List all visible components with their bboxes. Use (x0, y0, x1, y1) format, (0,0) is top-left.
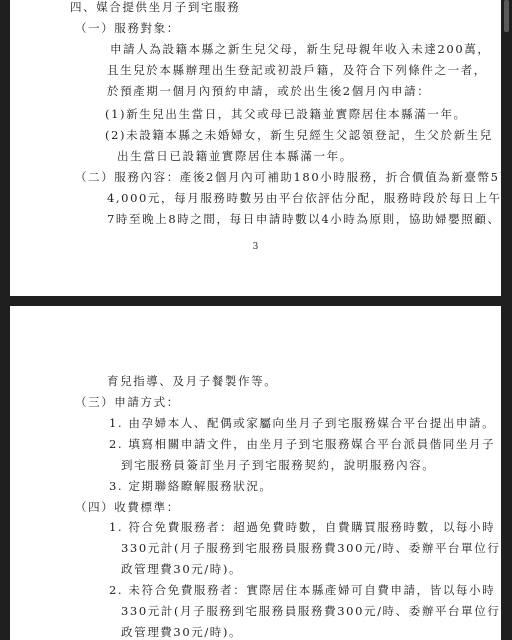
document-page-4: 育兒指導、及月子餐製作等。 （三）申請方式： 1. 由孕婦本人、配偶或家屬向坐月… (10, 306, 501, 640)
document-viewer: 四、媒合提供坐月子到宅服務 （一）服務對象： 申請人為設籍本縣之新生兒父母，新生… (0, 0, 512, 640)
list-item: 2. 未符合免費服務者：實際居住本縣產婦可自費申請，皆以每小時 (109, 583, 495, 597)
subsection-heading: （二）服務內容：產後2個月內可補助180小時服務，折合價值為新臺幣5萬 (75, 170, 512, 184)
paragraph-line: 7時至晚上8時之間，每日申請時數以4小時為原則，協助婦嬰照顧、 (107, 212, 501, 226)
section-heading: 四、媒合提供坐月子到宅服務 (70, 0, 240, 14)
paragraph-line: 4,000元，每月服務時數另由平台依評估分配，服務時段於每日上午 (107, 191, 502, 205)
paragraph-line: 申請人為設籍本縣之新生兒父母，新生兒母親年收入未達200萬， (110, 42, 490, 56)
document-page-3: 四、媒合提供坐月子到宅服務 （一）服務對象： 申請人為設籍本縣之新生兒父母，新生… (10, 0, 501, 296)
list-item-continuation: 政管理費30元/時)。 (121, 625, 242, 639)
list-item-continuation: 到宅服務員簽訂坐月子到宅服務契約，說明服務內容。 (121, 458, 435, 472)
scrollbar-thumb[interactable] (504, 0, 509, 32)
subsection-heading: （三）申請方式： (75, 395, 180, 409)
list-item-continuation: 330元計(月子服務到宅服務員服務費300元/時、委辦平台單位行 (121, 604, 500, 618)
list-item-continuation: 330元計(月子服務到宅服務員服務費300元/時、委辦平台單位行 (121, 541, 500, 555)
list-item: 1. 符合免費服務者：超過免費時數，自費購買服務時數，以每小時 (109, 520, 495, 534)
subsection-heading: （一）服務對象： (75, 21, 180, 35)
page-number: 3 (10, 242, 501, 252)
paragraph-line: 且生兒於本縣辦理出生登記或初設戶籍，及符合下列條件之一者， (107, 63, 487, 77)
list-item: 2. 填寫相關申請文件，由坐月子到宅服務媒合平台派員偕同坐月子 (109, 437, 495, 451)
list-item: 3. 定期聯絡瞭解服務狀況。 (109, 479, 273, 493)
list-item-continuation: 政管理費30元/時)。 (121, 562, 242, 576)
paragraph-line: 於預產期一個月內預約申請，或於出生後2個月內申請： (107, 84, 430, 98)
list-item: 1. 由孕婦本人、配偶或家屬向坐月子到宅服務媒合平台提出申請。 (109, 416, 495, 430)
subsection-heading: （四）收費標準： (75, 500, 180, 514)
list-item: (1)新生兒出生當日，其父或母已設籍並實際居住本縣滿一年。 (105, 107, 467, 121)
list-item-continuation: 出生當日已設籍並實際居住本縣滿一年。 (117, 149, 353, 163)
list-item: (2)未設籍本縣之未婚婦女，新生兒經生父認領登記，生父於新生兒 (105, 128, 493, 142)
vertical-scrollbar[interactable] (502, 0, 512, 640)
paragraph-line: 育兒指導、及月子餐製作等。 (107, 374, 277, 388)
